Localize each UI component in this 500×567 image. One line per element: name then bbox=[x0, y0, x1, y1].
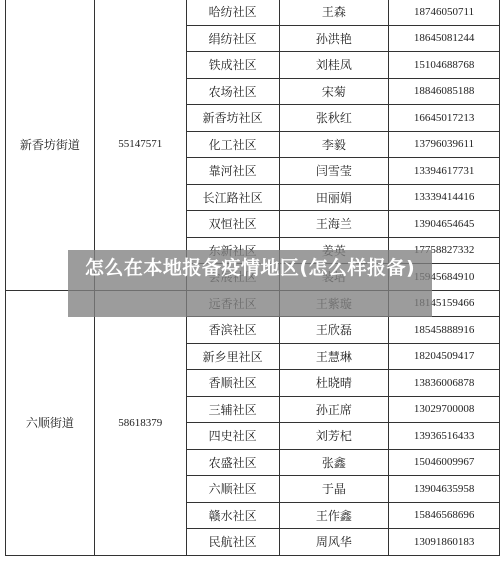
contact-cell: 闫雪莹 bbox=[279, 158, 389, 185]
community-cell: 双恒社区 bbox=[186, 211, 279, 238]
community-cell: 香顺社区 bbox=[186, 370, 279, 397]
community-cell: 绢纺社区 bbox=[186, 25, 279, 52]
community-cell: 农场社区 bbox=[186, 78, 279, 105]
mobile-cell: 18204509417 bbox=[389, 343, 500, 370]
community-cell: 长江路社区 bbox=[186, 184, 279, 211]
mobile-cell: 18545888916 bbox=[389, 317, 500, 344]
mobile-cell: 13904654645 bbox=[389, 211, 500, 238]
mobile-cell: 13796039611 bbox=[389, 131, 500, 158]
community-cell: 三辅社区 bbox=[186, 396, 279, 423]
contact-cell: 孙洪艳 bbox=[279, 25, 389, 52]
contact-cell: 王欣磊 bbox=[279, 317, 389, 344]
mobile-cell: 13091860183 bbox=[389, 529, 500, 556]
mobile-cell: 15846568696 bbox=[389, 502, 500, 529]
community-cell: 四史社区 bbox=[186, 423, 279, 450]
community-cell: 六顺社区 bbox=[186, 476, 279, 503]
contact-cell: 周风华 bbox=[279, 529, 389, 556]
contact-cell: 王森 bbox=[279, 0, 389, 25]
contact-cell: 于晶 bbox=[279, 476, 389, 503]
mobile-cell: 18645081244 bbox=[389, 25, 500, 52]
street-phone-cell: 55147571 bbox=[94, 0, 186, 290]
contact-cell: 田丽娟 bbox=[279, 184, 389, 211]
street-name-cell: 新香坊街道 bbox=[6, 0, 95, 290]
community-cell: 香滨社区 bbox=[186, 317, 279, 344]
mobile-cell: 18846085188 bbox=[389, 78, 500, 105]
community-cell: 铁成社区 bbox=[186, 52, 279, 79]
contact-cell: 孙正席 bbox=[279, 396, 389, 423]
street-name-cell: 六顺街道 bbox=[6, 290, 95, 555]
mobile-cell: 18746050711 bbox=[389, 0, 500, 25]
contact-cell: 李毅 bbox=[279, 131, 389, 158]
contact-cell: 王慧琳 bbox=[279, 343, 389, 370]
contact-cell: 张秋红 bbox=[279, 105, 389, 132]
community-cell: 新香坊社区 bbox=[186, 105, 279, 132]
contact-cell: 王作鑫 bbox=[279, 502, 389, 529]
contact-cell: 杜晓晴 bbox=[279, 370, 389, 397]
mobile-cell: 13936516433 bbox=[389, 423, 500, 450]
community-cell: 化工社区 bbox=[186, 131, 279, 158]
community-cell: 哈纺社区 bbox=[186, 0, 279, 25]
contact-cell: 张鑫 bbox=[279, 449, 389, 476]
table-row: 新香坊街道 55147571 哈纺社区 王森 18746050711 bbox=[6, 0, 500, 25]
contact-cell: 王海兰 bbox=[279, 211, 389, 238]
mobile-cell: 13836006878 bbox=[389, 370, 500, 397]
contact-cell: 宋菊 bbox=[279, 78, 389, 105]
mobile-cell: 13339414416 bbox=[389, 184, 500, 211]
mobile-cell: 15104688768 bbox=[389, 52, 500, 79]
community-cell: 赣水社区 bbox=[186, 502, 279, 529]
street-phone-cell: 58618379 bbox=[94, 290, 186, 555]
community-cell: 新乡里社区 bbox=[186, 343, 279, 370]
community-cell: 靠河社区 bbox=[186, 158, 279, 185]
mobile-cell: 13394617731 bbox=[389, 158, 500, 185]
title-overlay-banner: 怎么在本地报备疫情地区(怎么样报备) bbox=[68, 250, 432, 317]
contact-cell: 刘桂凤 bbox=[279, 52, 389, 79]
mobile-cell: 16645017213 bbox=[389, 105, 500, 132]
mobile-cell: 15046009967 bbox=[389, 449, 500, 476]
contact-cell: 刘芳杞 bbox=[279, 423, 389, 450]
mobile-cell: 13029700008 bbox=[389, 396, 500, 423]
mobile-cell: 13904635958 bbox=[389, 476, 500, 503]
community-cell: 民航社区 bbox=[186, 529, 279, 556]
community-cell: 农盛社区 bbox=[186, 449, 279, 476]
